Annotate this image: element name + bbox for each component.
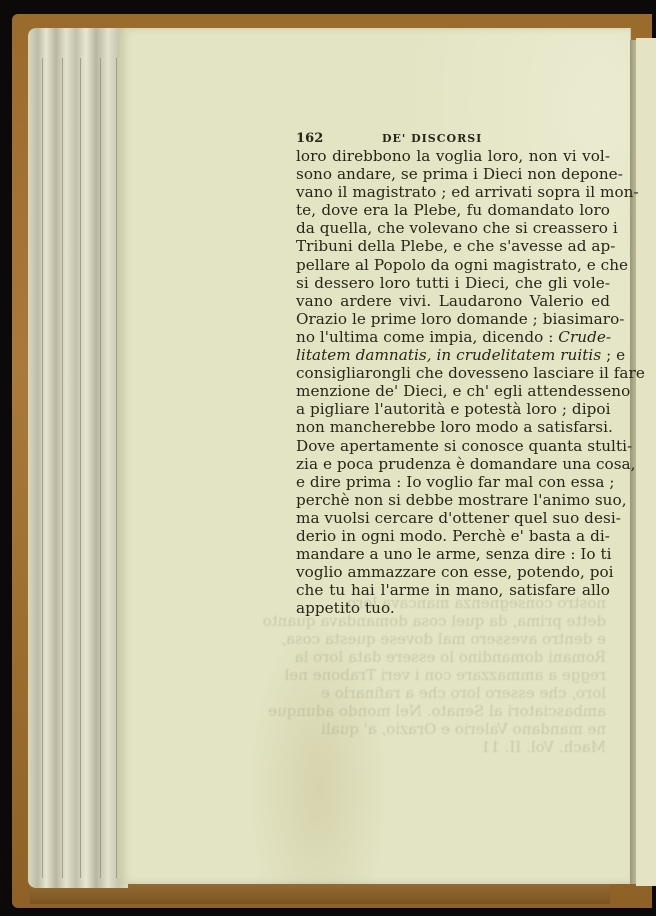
page-edge-line xyxy=(80,58,81,878)
italic-latin-phrase: litatem damnatis, in crudelitatem ruitis xyxy=(296,346,601,364)
text-line: derio in ogni modo. Perchè e' basta a di… xyxy=(296,527,610,545)
bleed-through-line: ne mandano Valerio e Orazio, a' quali xyxy=(296,720,606,738)
page-edge-line xyxy=(62,58,63,878)
text-line: voglio ammazzare con esse, potendo, poi xyxy=(296,563,610,581)
italic-latin-phrase: Crude- xyxy=(558,328,611,346)
text-line: da quella, che volevano che si creassero… xyxy=(296,219,610,237)
page-body: loro direbbono la voglia loro, non vi vo… xyxy=(296,147,610,617)
page-text-block: 162 DE' DISCORSI loro direbbono la vogli… xyxy=(296,130,610,617)
text-line: mandare a uno le arme, senza dire : Io t… xyxy=(296,545,610,563)
text-line: ma vuolsi cercare d'ottener quel suo des… xyxy=(296,509,610,527)
running-head-title: DE' DISCORSI xyxy=(382,130,482,148)
text-line: menzione de' Dieci, e ch' egli attendess… xyxy=(296,382,610,400)
page-edge-line xyxy=(100,58,101,878)
bleed-through-line: regge a ammazzare con i veri Trabone nel xyxy=(296,666,606,684)
bleed-through-text: nostro consegnenza mancava lorodette pri… xyxy=(296,594,606,756)
text-line: si dessero loro tutti i Dieci, che gli v… xyxy=(296,274,610,292)
bleed-through-line: Mach. Vol. II. 11 xyxy=(296,738,606,756)
text-line: vano ardere vivi. Laudarono Valerio ed xyxy=(296,292,610,310)
bleed-through-line: e dentro avessero mal dovese questa cosa… xyxy=(296,630,606,648)
text-line: vano il magistrato ; ed arrivati sopra i… xyxy=(296,183,610,201)
text-line: no l'ultima come impia, dicendo : Crude- xyxy=(296,328,610,346)
text-line: Dove apertamente si conosce quanta stult… xyxy=(296,437,610,455)
text-line: non mancherebbe loro modo a satisfarsi. xyxy=(296,418,610,436)
bleed-through-line: Romani domandino lo essere data loro la xyxy=(296,648,606,666)
page-edge-line xyxy=(42,58,43,878)
text-line: loro direbbono la voglia loro, non vi vo… xyxy=(296,147,610,165)
bleed-through-line: loro, che essero loro che a rafinarlo e xyxy=(296,684,606,702)
text-line: Tribuni della Plebe, e che s'avesse ad a… xyxy=(296,237,610,255)
text-line: e dire prima : Io voglio far mal con ess… xyxy=(296,473,610,491)
text-line: Orazio le prime loro domande ; biasimaro… xyxy=(296,310,610,328)
page-stack-edges xyxy=(28,28,128,888)
running-head: 162 DE' DISCORSI xyxy=(296,130,610,147)
text-line: sono andare, se prima i Dieci non depone… xyxy=(296,165,610,183)
bleed-through-line: ambasciatori al Senato. Nel mondo adunqu… xyxy=(296,702,606,720)
text-line: perchè non si debbe mostrare l'animo suo… xyxy=(296,491,610,509)
text-line: che tu hai l'arme in mano, satisfare all… xyxy=(296,581,610,599)
text-line: litatem damnatis, in crudelitatem ruitis… xyxy=(296,346,610,364)
text-line: a pigliare l'autorità e potestà loro ; d… xyxy=(296,400,610,418)
facing-page-edge xyxy=(636,38,656,886)
text-line: appetito tuo. xyxy=(296,599,610,617)
text-line: consigliarongli che dovesseno lasciare i… xyxy=(296,364,610,382)
page-number: 162 xyxy=(296,130,382,148)
text-line: te, dove era la Plebe, fu domandato loro xyxy=(296,201,610,219)
text-line: pellare al Popolo da ogni magistrato, e … xyxy=(296,256,610,274)
text-line: zia e poca prudenza è domandare una cosa… xyxy=(296,455,610,473)
page-edge-line xyxy=(116,58,117,878)
